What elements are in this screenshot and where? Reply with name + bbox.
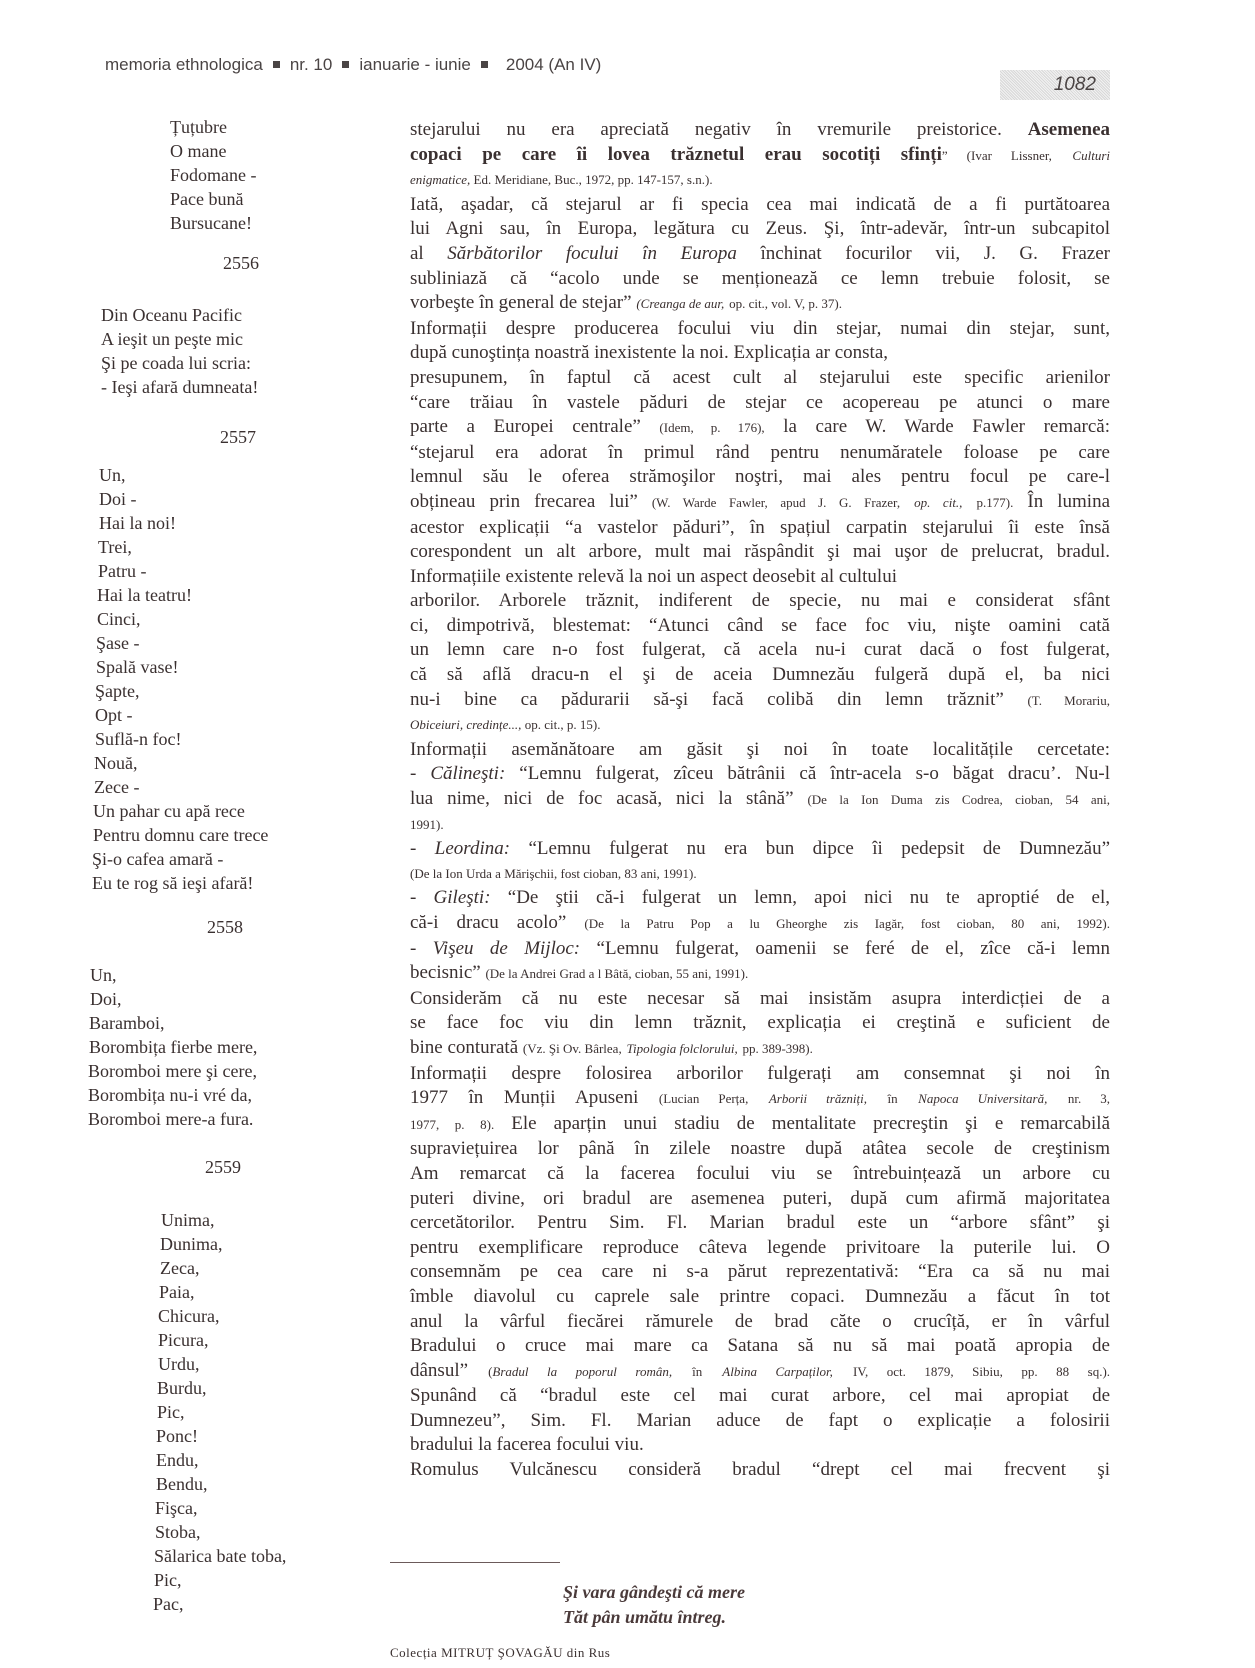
text-line: “stejarul era adorat în primul rând pent… [410,441,1110,466]
text-line: după cunoştința noastră inexistente la n… [410,341,1110,366]
text-line: că-i dracu acolo” (De la Patru Pop a lu … [410,911,1110,937]
text-line: cercetătorilor. Pentru Sim. Fl. Marian b… [410,1211,1110,1236]
poem-line: Stoba, [155,1520,201,1544]
footnote-divider [390,1562,560,1563]
poem-line: O mane [170,139,226,163]
poem-line: Baramboi, [89,1011,164,1035]
poem-line: Suflă-n foc! [95,727,181,751]
text-line: consemnăm pe cea care ni s-a părut repre… [410,1260,1110,1285]
citation-line: enigmatice, Ed. Meridiane, Buc., 1972, p… [410,168,1110,193]
poem-line: Boromboi mere-a fura. [88,1107,253,1131]
text-line: bradului la facerea focului viu. [410,1433,1110,1458]
poem-line: Patru - [98,559,147,583]
text-line: corespondent un alt arbore, mult mai răs… [410,540,1110,565]
text-line: presupunem, în faptul că acest cult al s… [410,366,1110,391]
text-line: nu-i bine ca pădurarii să-şi facă colibă… [410,688,1110,714]
poem-number: 2557 [220,427,256,448]
poem-line: Eu te rog să ieşi afară! [92,871,253,895]
poem-line: Burdu, [157,1376,207,1400]
poem-line: Unima, [161,1208,215,1232]
text-line: parte a Europei centrale” (Idem, p. 176)… [410,415,1110,441]
motto-verse: Şi vara gândeşti că mere Tăt pân umătu î… [563,1580,745,1630]
issue-period: ianuarie - iunie [359,55,471,74]
poem-line: A ieşit un peşte mic [101,327,243,351]
issue-number: nr. 10 [290,55,333,74]
poem-line: Opt - [95,703,133,727]
poem-line: Urdu, [158,1352,200,1376]
text-line: dânsul” (Bradul la poporul român, în Alb… [410,1359,1110,1385]
page-number-badge: 1082 [1000,70,1110,100]
text-line: lemnul său le oferea strămoşilor noştri,… [410,465,1110,490]
poem-line: Din Oceanu Pacific [101,303,242,327]
text-line: Iată, aşadar, că stejarul ar fi specia c… [410,193,1110,218]
text-line: al Sărbătorilor focului în Europa închin… [410,242,1110,267]
poem-line: Doi - [99,487,137,511]
text-line: un lemn care n-o fost fulgerat, că acela… [410,638,1110,663]
issue-year: 2004 (An IV) [506,55,601,74]
text-line: subliniază că “acolo unde se menționează… [410,267,1110,292]
poem-line: Doi, [90,987,122,1011]
text-line: supraviețuirea lor până în zilele noastr… [410,1137,1110,1162]
poem-line: Un, [99,463,126,487]
poem-line: Zece - [94,775,139,799]
poem-line: Fişca, [155,1496,198,1520]
text-line: acestor explicații “a vastelor păduri”, … [410,516,1110,541]
poem-line: Şase - [96,631,140,655]
poem-line: Hai la noi! [99,511,176,535]
citation-line: 1991). [410,813,1110,838]
text-line: că să află dracu-n el şi de aceia Dumnez… [410,663,1110,688]
page-number: 1082 [1054,74,1096,95]
poem-line: Hai la teatru! [97,583,192,607]
poem-line: Bursucane! [170,211,252,235]
poem-line: Şi pe coada lui scria: [101,351,251,375]
text-line: Am remarcat că la facerea focului viu se… [410,1162,1110,1187]
text-line: Informații despre producerea focului viu… [410,317,1110,342]
text-line: stejarului nu era apreciată negativ în v… [410,118,1110,143]
text-line: lui Agni sau, în Europa, legătura cu Zeu… [410,217,1110,242]
text-line: 1977 în Munții Apuseni (Lucian Perța, Ar… [410,1086,1110,1112]
poem-line: - Ieşi afară dumneata! [101,375,258,399]
poem-line: Un pahar cu apă rece [93,799,245,823]
text-line: bine conturată (Vz. Şi Ov. Bârlea, Tipol… [410,1036,1110,1062]
text-line: Spunând că “bradul este cel mai curat ar… [410,1384,1110,1409]
poem-number: 2556 [223,253,259,274]
poem-line: Picura, [158,1328,208,1352]
motto-line: Şi vara gândeşti că mere [563,1580,745,1605]
poem-line: Țuțubre [170,115,227,139]
poem-line: Pic, [157,1400,185,1424]
text-line: - Vişeu de Mijloc: “Lemnu fulgerat, oame… [410,937,1110,962]
poem-line: Un, [90,963,117,987]
poem-line: Borombița nu-i vré da, [88,1083,252,1107]
text-line: - Leordina: “Lemnu fulgerat nu era bun d… [410,837,1110,862]
text-line: arborilor. Arborele trăznit, indiferent … [410,589,1110,614]
poem-line: Ponc! [156,1424,198,1448]
text-line: Bradului o cruce mai mare ca Satana să n… [410,1334,1110,1359]
poem-line: Pic, [154,1568,182,1592]
poem-number: 2559 [205,1157,241,1178]
collection-credit: Colecția MITRUȚ ŞOVAGĂU din Rus [390,1645,610,1661]
text-line: Informații despre folosirea arborilor fu… [410,1062,1110,1087]
poem-line: Sălarica bate toba, [154,1544,286,1568]
text-line: Considerăm că nu este necesar să mai ins… [410,987,1110,1012]
text-line: ci, dimpotrivă, blestemat: “Atunci când … [410,614,1110,639]
poem-line: Fodomane - [170,163,256,187]
text-line: “care trăiau în vastele păduri de stejar… [410,391,1110,416]
text-line: Informații asemănătoare am găsit şi noi … [410,738,1110,763]
running-header: memoria ethnologicanr. 10ianuarie - iuni… [105,55,601,75]
text-line: îmble diavolul cu caprele sale printre c… [410,1285,1110,1310]
text-line: Romulus Vulcănescu consideră bradul “dre… [410,1458,1110,1483]
text-line: becisnic” (De la Andrei Grad a l Bâtă, c… [410,961,1110,987]
square-bullet-icon [481,61,488,68]
citation-line: (De la Ion Urda a Mărişchii, fost cioban… [410,862,1110,887]
poem-line: Cinci, [97,607,141,631]
text-line: - Călineşti: “Lemnu fulgerat, zîceu bătr… [410,762,1110,787]
poem-line: Nouă, [94,751,138,775]
text-line: lua nime, nici de foc acasă, nici la stâ… [410,787,1110,813]
poem-line: Paia, [159,1280,195,1304]
poem-line: Zeca, [160,1256,199,1280]
article-body: stejarului nu era apreciată negativ în v… [410,118,1110,1483]
text-line: vorbeşte în general de stejar” (Creanga … [410,291,1110,317]
square-bullet-icon [273,61,280,68]
poem-line: Boromboi mere şi cere, [88,1059,257,1083]
text-line: Dumnezeu”, Sim. Fl. Marian aduce de fapt… [410,1409,1110,1434]
text-line: puteri divine, ori bradul are asemenea p… [410,1187,1110,1212]
text-line: Informațiile existente relevă la noi un … [410,565,1110,590]
text-line: - Gileşti: “De ştii că-i fulgerat un lem… [410,886,1110,911]
text-line: obțineau prin frecarea lui” (W. Warde Fa… [410,490,1110,516]
text-line: copaci pe care îi lovea trăznetul erau s… [410,143,1110,169]
square-bullet-icon [342,61,349,68]
poem-line: Spală vase! [96,655,178,679]
text-line: 1977, p. 8). Ele aparțin unui stadiu de … [410,1112,1110,1138]
motto-line: Tăt pân umătu întreg. [563,1605,745,1630]
poem-line: Chicura, [158,1304,219,1328]
text-line: anul la vârful fiecărei rămurele de brad… [410,1310,1110,1335]
citation-line: Obiceiuri, credințe..., op. cit., p. 15)… [410,713,1110,738]
poem-line: Pac, [153,1592,184,1616]
poem-line: Trei, [98,535,132,559]
poem-line: Endu, [156,1448,199,1472]
poem-line: Bendu, [156,1472,208,1496]
poem-line: Pace bună [170,187,243,211]
poem-line: Dunima, [160,1232,223,1256]
poem-line: Şi-o cafea amară - [92,847,223,871]
text-line: pentru exemplificare reproduce câteva le… [410,1236,1110,1261]
text-line: se face foc viu din lemn trăznit, explic… [410,1011,1110,1036]
poem-line: Pentru domnu care trece [93,823,268,847]
poem-line: Borombița fierbe mere, [89,1035,257,1059]
poem-number: 2558 [207,917,243,938]
poem-line: Şapte, [95,679,140,703]
journal-title: memoria ethnologica [105,55,263,74]
